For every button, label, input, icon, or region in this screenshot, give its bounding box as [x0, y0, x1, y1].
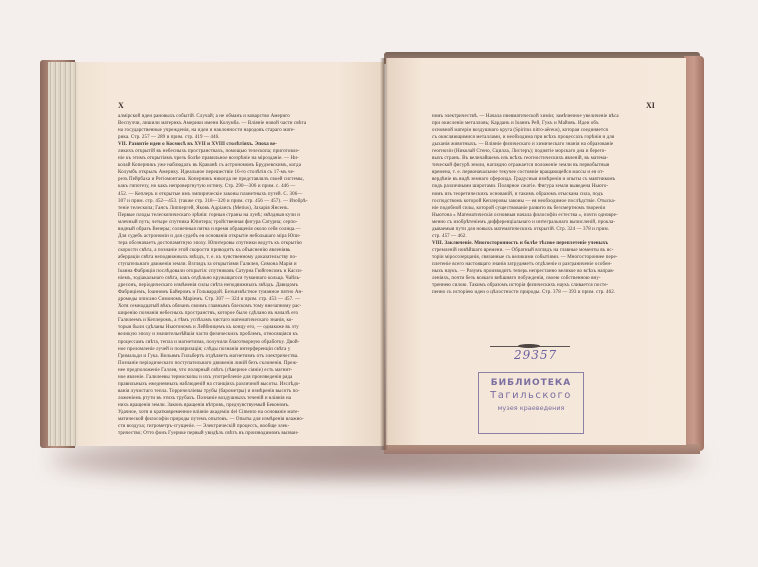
text-line: нее предположеніе Галлея, что полярный с…	[118, 367, 344, 374]
text-line: ложеніемъ ртути въ этихъ трубахъ. Познан…	[118, 395, 344, 402]
text-line: теніе телескопа; Гансъ Липпергей, Яковъ …	[118, 205, 344, 212]
text-line: видный образъ Венеры; солнечныя пятна и …	[118, 226, 344, 233]
text-line: номъ электричествѣ. — Начала пневматичес…	[432, 113, 654, 120]
text-line: ное преломленіе лучей и поляризація; слѣ…	[118, 346, 344, 353]
text-line: подъ различными широтами. Полярное сжаті…	[432, 183, 654, 190]
text-line: дываемыя пути для новыхъ математическихъ…	[432, 226, 654, 233]
text-line: процессамъ свѣта, тепла и магнетизма, по…	[118, 339, 344, 346]
left-page-folio: X	[118, 101, 124, 110]
inventory-number: 29357	[514, 348, 557, 362]
text-line: Галилеемъ и Кеплеромъ, а тѣмъ успѣхамъ ч…	[118, 317, 344, 324]
text-line: ніе къ этимъ открытіямъ чрезъ болѣе прав…	[118, 155, 344, 162]
text-line: дромеды описано Симономъ Маріемъ. Стр. 3…	[118, 296, 344, 303]
text-line: при окисленіи металловъ; Карданъ и Іоанн…	[432, 120, 654, 127]
text-line: правильныхъ ежедневныхъ наблюденій на ст…	[118, 381, 344, 388]
text-line: великую эпоху и значительнѣйшія части фи…	[118, 331, 344, 338]
text-line: тричество; Отто фонъ Гуерике первый увид…	[118, 430, 344, 437]
text-line: менно съ изобрѣтеніемъ дифференціальнаго…	[432, 219, 654, 226]
text-line: дыханія животныхъ. — Вліяніе физическаго…	[432, 141, 654, 148]
text-line: млечный путь; четыре спутника Юпитера; т…	[118, 219, 344, 226]
text-line: какъ гипотезу, но какъ непровергнутую ис…	[118, 183, 344, 190]
text-line: Удачное, хотя и кратковременное вліяніе …	[118, 409, 344, 416]
text-line: вердѣніе въ видѣ земнаго сфероида. Граду…	[432, 176, 654, 183]
text-line: леніяхъ, почти безъ всякаго внѣшняго поб…	[432, 275, 654, 282]
book-cover-right-edge	[684, 56, 704, 451]
text-line: времена, т. е. первоначальное текучее со…	[432, 169, 654, 176]
text-line: нихъ вращенія земли. Законъ вращенія вѣт…	[118, 402, 344, 409]
text-line: Ньютона « Математическія основныя начала…	[432, 212, 654, 219]
text-line: пенно съ исторіею идеи о цѣлостности при…	[432, 289, 654, 296]
text-line: Гримальди и Гука. Вильямъ Гильбертъ отдѣ…	[118, 353, 344, 360]
text-line: съ окисляющимися металлами, и необходима…	[432, 134, 654, 141]
right-page-text: номъ электричествѣ. — Начала пневматичес…	[432, 113, 654, 296]
text-line: матической философіи природы путемъ опыт…	[118, 416, 344, 423]
text-line: колай Коперникъ уже наблюдалъ въ Краковѣ…	[118, 162, 344, 169]
text-line: плетеніе всего настоящаго знанія затрудн…	[432, 261, 654, 268]
text-line: выхъ странъ. Въ величайшемъ изъ всѣхъ ге…	[432, 155, 654, 162]
text-line: треннею силою. Такимъ образомъ исторія ф…	[432, 282, 654, 289]
text-line: ніемъ, зодіакальнаго свѣта, какъ отдѣльн…	[118, 275, 344, 282]
text-line: Первые плоды телескопическаго зрѣнія: го…	[118, 212, 344, 219]
text-line: на государственные учрежденія, на идеи и…	[118, 127, 344, 134]
text-line: Хотя семнадцатый вѣкъ обязанъ своимъ гла…	[118, 303, 344, 310]
text-line: дресонъ, періодическаго измѣненія силы с…	[118, 282, 344, 289]
text-line: тической фигурѣ земли, наглядно отражает…	[432, 162, 654, 169]
text-line: стремленій новѣйшаго времени. — Обратный…	[432, 247, 654, 254]
text-line: Веспуччи, лишили материкъ Америки имени …	[118, 120, 344, 127]
text-line: стр. 457 — 462.	[432, 233, 654, 240]
text-line: основной матеріи воздушнаго круга (Spiri…	[432, 127, 654, 134]
text-line: ширенію познанія небесныхъ пространствъ,…	[118, 310, 344, 317]
book-cover-bottom-right	[384, 444, 700, 454]
stamp-line-2: Тагильского	[479, 390, 583, 401]
text-line: сти воздуха; гигрометръ-сгущеніе. — Элек…	[118, 423, 344, 430]
stamp-line-3: музея краеведения	[479, 404, 583, 412]
stamp-line-1: БИБЛИОТЕКА	[479, 378, 583, 388]
library-stamp: БИБЛИОТЕКА Тагильского музея краеведения	[478, 372, 584, 434]
text-line: Познаніе періодическаго поступательнаго …	[118, 360, 344, 367]
text-line: тера обозначаетъ достопамятную эпоху. Юп…	[118, 240, 344, 247]
text-line: рика. Стр. 257 — 289 и прим. стр. 419 — …	[118, 134, 344, 141]
text-line: ніе подобной силы, которой существованіе…	[432, 205, 654, 212]
text-line: VII. Развитіе идеи о Космосѣ въ XVII и X…	[118, 141, 344, 148]
text-line: VIII. Заключеніе. Многосторонность и бол…	[432, 240, 654, 247]
text-line: Фабриціемъ, Іоанномъ Байеромъ и Гольвард…	[118, 289, 344, 296]
text-line: ступательнаго движенія земли. Взглядъ за…	[118, 261, 344, 268]
text-line: алмірской идеи рановыхъ событій. Случай;…	[118, 113, 344, 120]
text-line: господствомъ которой Кеплеровы законы — …	[432, 198, 654, 205]
right-page-folio: XI	[646, 101, 655, 110]
text-line: 307 и прим. стр. 452—453. (также стр. 31…	[118, 198, 344, 205]
text-line: Колумбъ открылъ Америку. Идеальное переш…	[118, 169, 344, 176]
text-line: номъ изъ теоретическихъ основаній, и так…	[432, 191, 654, 198]
book-gutter	[380, 58, 388, 450]
left-page-text: алмірской идеи рановыхъ событій. Случай;…	[118, 113, 344, 437]
text-line: аберраціи свѣта неподвижныхъ звѣздъ, т. …	[118, 254, 344, 261]
page-block-left	[48, 62, 82, 446]
text-line: Іоанна Фабриція послѣдовали открытія: сп…	[118, 268, 344, 275]
text-line: ное явленіе. Галилеевы термоскопы и ихъ …	[118, 374, 344, 381]
text-line: торыя были сдѣланы Ньютономъ и Лейбницем…	[118, 324, 344, 331]
text-line: скорости свѣта, а познаніе этой скорости…	[118, 247, 344, 254]
text-line: ликихъ открытій въ небесныхъ пространств…	[118, 148, 344, 155]
text-line: резъ Пейрбаха и Регіомонтана. Коперникъ …	[118, 176, 344, 183]
text-line: ныхъ наукъ. — Разумъ производитъ теперь …	[432, 268, 654, 275]
text-line: геогнозіи (Николай Стено, Сцилла, Листер…	[432, 148, 654, 155]
text-line: торіи міросозерцанія, связанные съ велик…	[432, 254, 654, 261]
text-line: 452. — Кеплеръ и открытые имъ эмпирическ…	[118, 191, 344, 198]
text-line: Для судебъ астрономіи и для судебъ ея ос…	[118, 233, 344, 240]
text-line: ванія лучистаго тепла. Торричелліевы тру…	[118, 388, 344, 395]
